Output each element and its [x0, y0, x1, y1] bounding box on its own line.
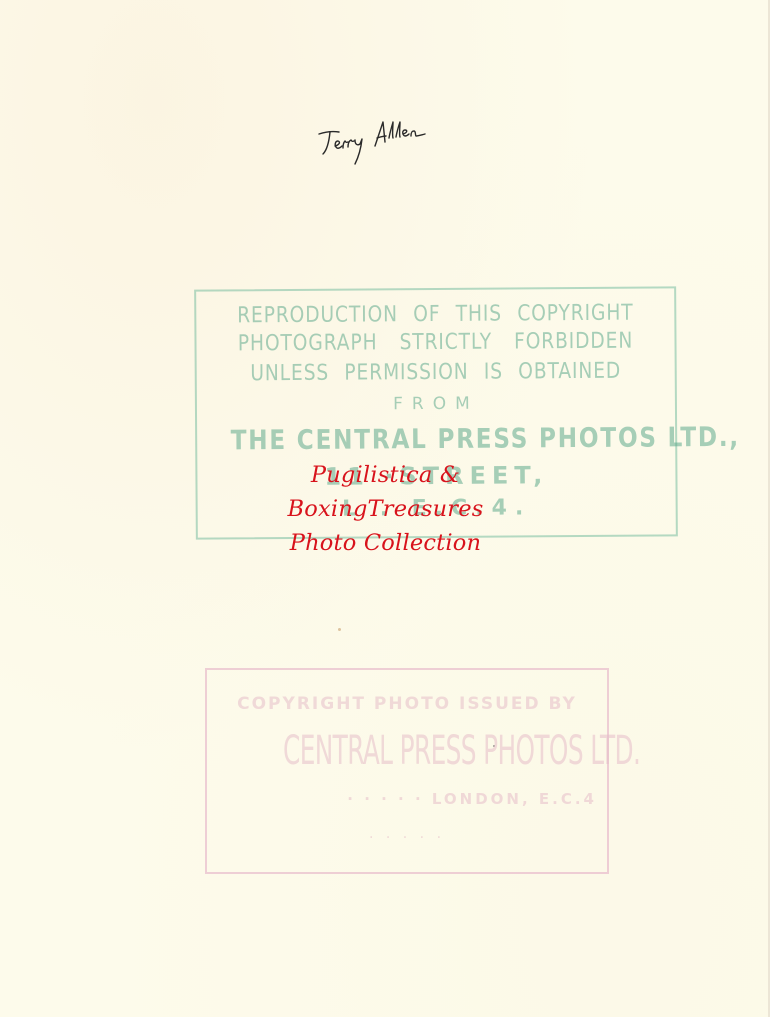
- stamp-address: · · · · · LONDON, E.C.4: [207, 790, 607, 808]
- stamp-line: UNLESS PERMISSION IS OBTAINED: [232, 359, 638, 387]
- handwritten-signature: [315, 112, 445, 172]
- watermark-line: Pugilistica &: [278, 458, 493, 492]
- stamp-company-name: CENTRAL PRESS PHOTOS LTD.: [283, 728, 531, 774]
- watermark-line: Photo Collection: [278, 526, 493, 560]
- stamp-line: FROM: [197, 392, 675, 415]
- signature-ink-icon: [315, 112, 445, 172]
- paper-speck: [338, 628, 341, 631]
- stamp-line: · · · · ·: [207, 830, 607, 846]
- watermark-line: BoxingTreasures: [278, 492, 493, 526]
- stamp-company-name: THE CENTRAL PRESS PHOTOS LTD.,: [231, 423, 642, 457]
- collection-watermark: Pugilistica & BoxingTreasures Photo Coll…: [278, 458, 493, 560]
- stamp-line: COPYRIGHT PHOTO ISSUED BY: [207, 694, 607, 714]
- copyright-stamp-pink: COPYRIGHT PHOTO ISSUED BY CENTRAL PRESS …: [205, 668, 609, 874]
- stamp-line: REPRODUCTION OF THIS COPYRIGHT: [232, 301, 638, 329]
- stamp-line: PHOTOGRAPH STRICTLY FORBIDDEN: [232, 329, 638, 357]
